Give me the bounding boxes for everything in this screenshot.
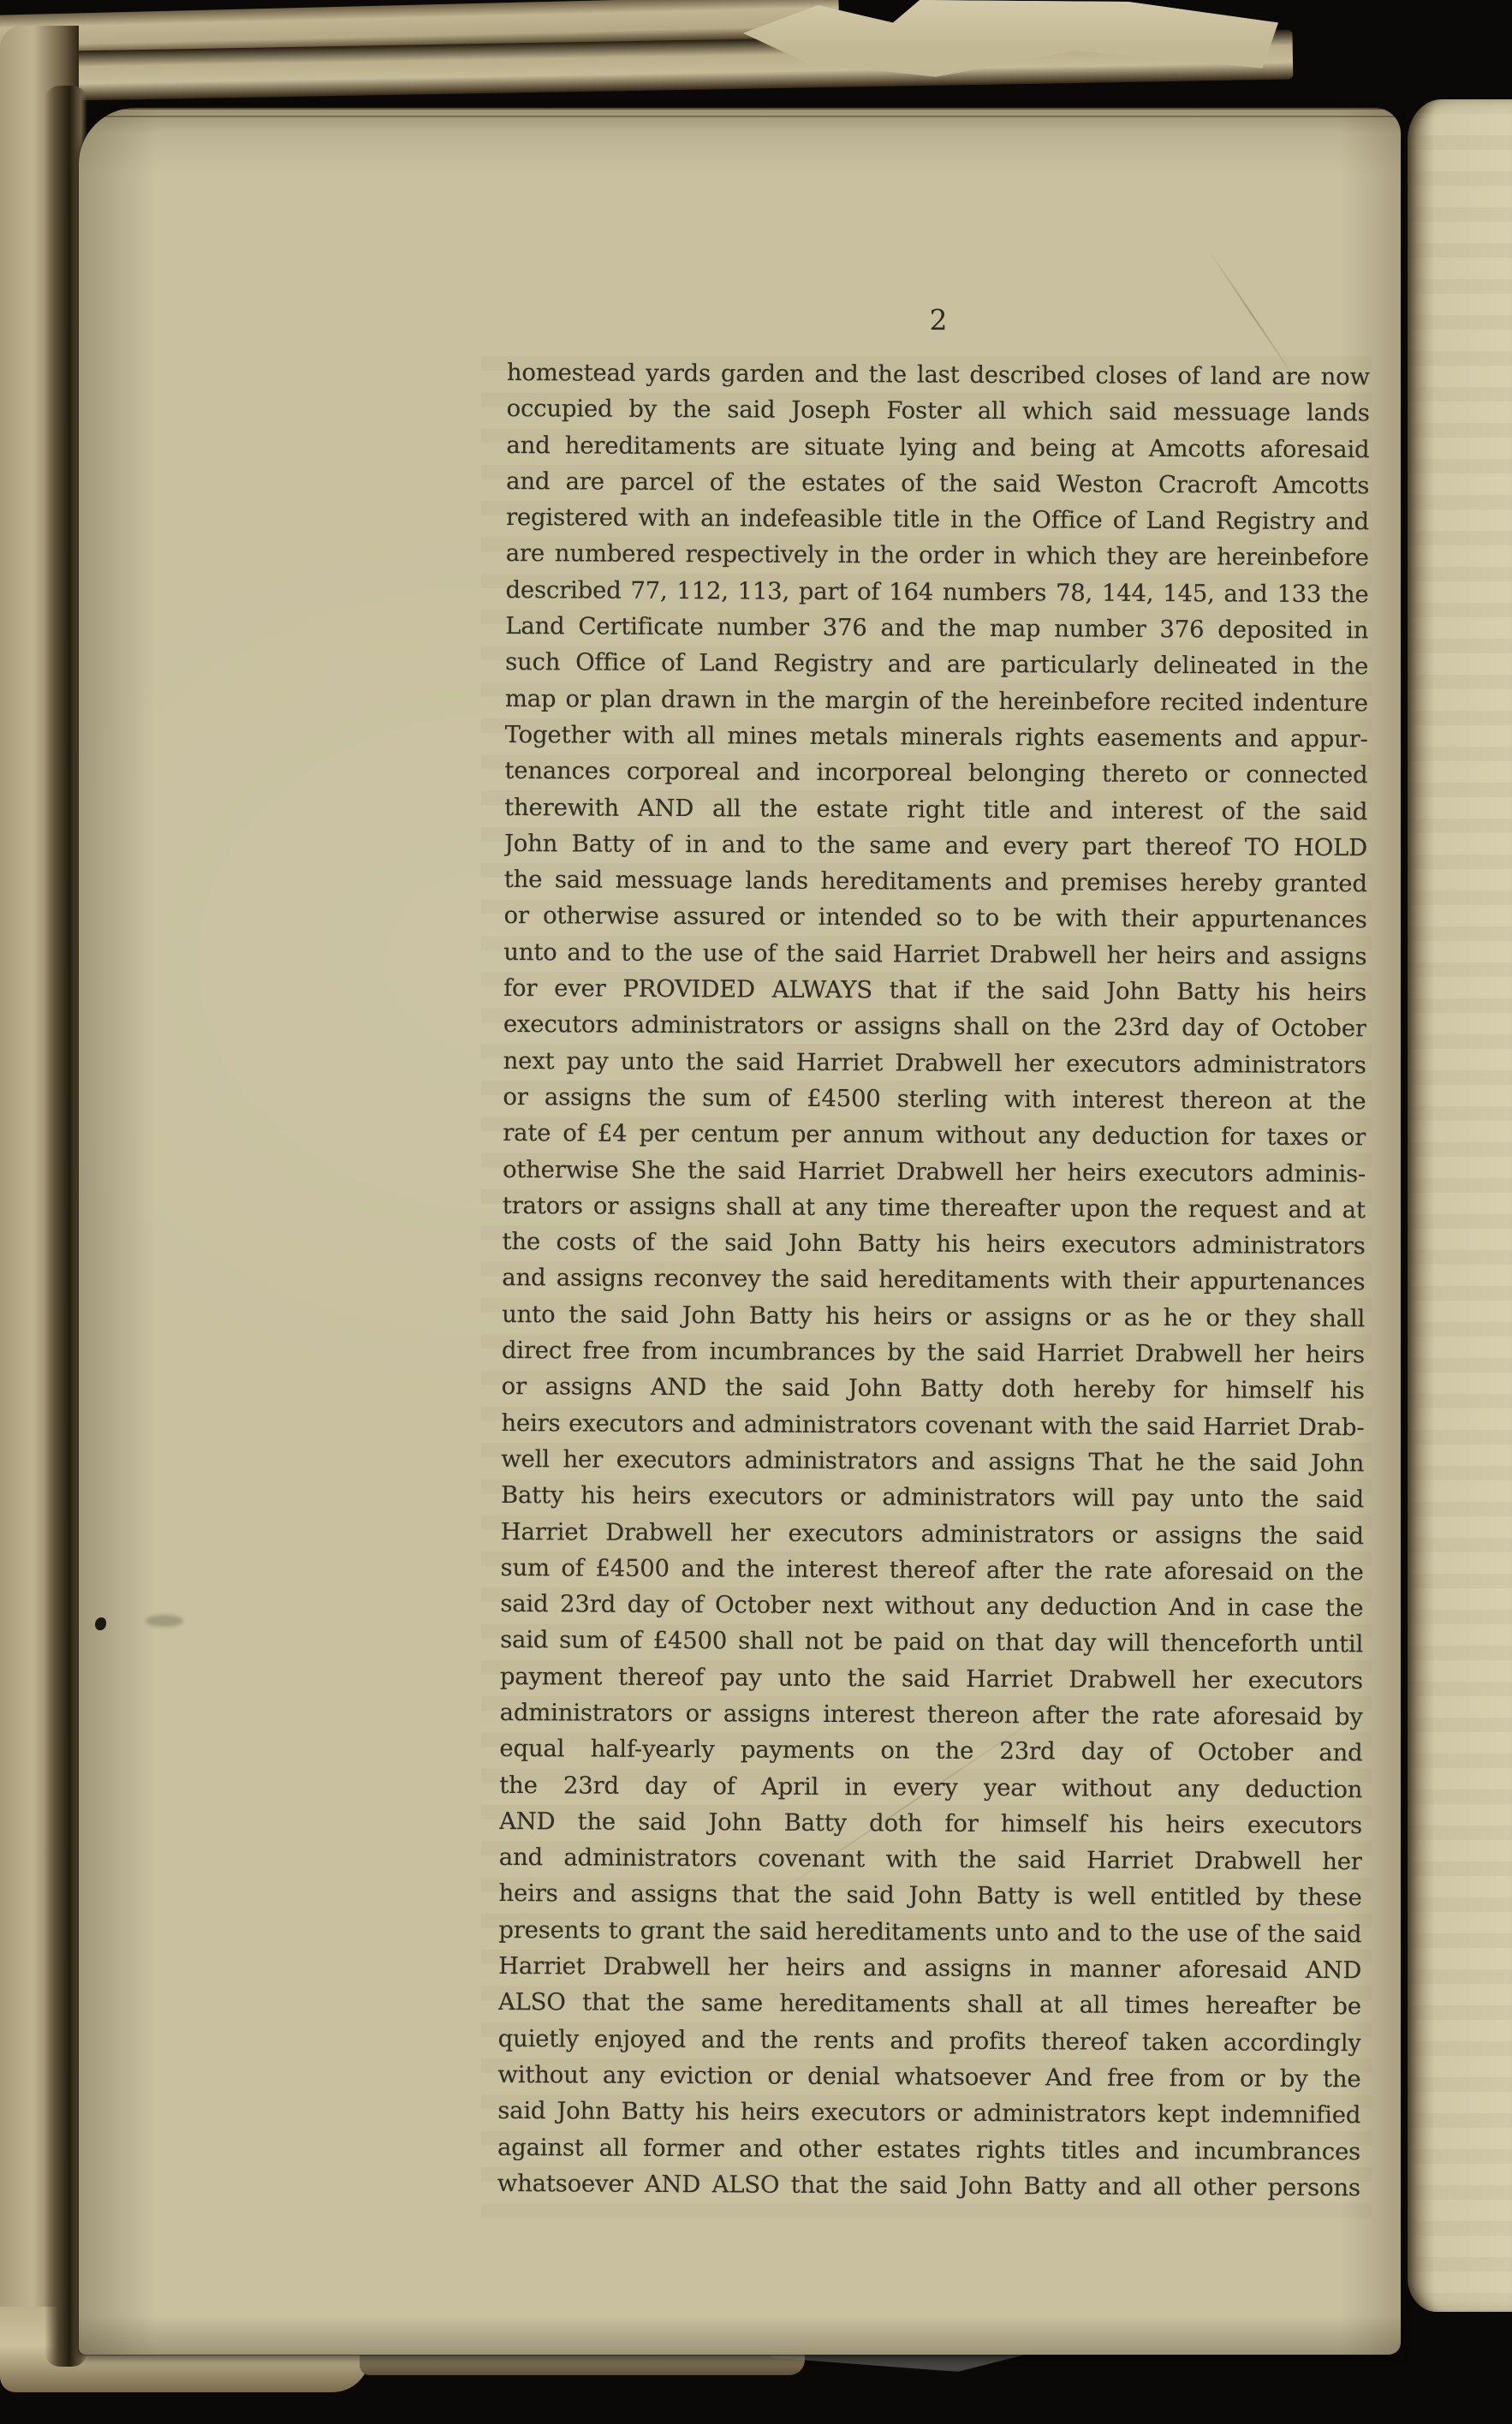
text-line: well her executors administrators and as… xyxy=(501,1441,1364,1482)
text-line: or assigns AND the said John Batty doth … xyxy=(502,1368,1365,1409)
text-line: executors administrators or assigns shal… xyxy=(503,1006,1366,1047)
text-line: Batty his heirs executors or administrat… xyxy=(501,1477,1364,1518)
text-line: the costs of the said John Batty his hei… xyxy=(502,1224,1365,1265)
text-line: ALSO that the same hereditaments shall a… xyxy=(498,1984,1361,2025)
text-line: heirs and assigns that the said John Bat… xyxy=(498,1875,1361,1916)
text-line: map or plan drawn in the margin of the h… xyxy=(505,681,1368,722)
text-line: direct free from incumbrances by the sai… xyxy=(502,1332,1365,1373)
text-line: or otherwise assured or intended so to b… xyxy=(503,897,1366,938)
text-line: presents to grant the said hereditaments… xyxy=(498,1912,1361,1953)
document-page: 2 homestead yards garden and the last de… xyxy=(79,108,1401,2355)
text-line: Land Certificate number 376 and the map … xyxy=(505,608,1368,649)
text-line: occupied by the said Joseph Foster all w… xyxy=(507,390,1370,432)
ink-blot xyxy=(95,1617,106,1630)
text-line: against all former and other estates rig… xyxy=(497,2129,1360,2171)
text-line: and administrators covenant with the sai… xyxy=(499,1839,1362,1880)
text-line: administrators or assigns interest there… xyxy=(500,1694,1363,1736)
page-text: homestead yards garden and the last desc… xyxy=(497,354,1370,2206)
text-line: AND the said John Batty doth for himself… xyxy=(499,1803,1362,1844)
text-line: rate of £4 per centum per annum without … xyxy=(503,1115,1366,1156)
text-line: tenances corporeal and incorporeal belon… xyxy=(504,753,1367,794)
text-line: therewith AND all the estate right title… xyxy=(504,789,1367,831)
text-line: and are parcel of the estates of the sai… xyxy=(506,463,1369,504)
text-line: for ever PROVIDED ALWAYS that if the sai… xyxy=(503,970,1366,1011)
page-number: 2 xyxy=(507,301,1370,338)
text-line: or assigns the sum of £4500 sterling wit… xyxy=(503,1079,1366,1120)
text-line: such Office of Land Registry and are par… xyxy=(505,644,1368,685)
text-line: trators or assigns shall at any time the… xyxy=(503,1188,1366,1229)
text-line: sum of £4500 and the interest thereof af… xyxy=(500,1550,1363,1591)
text-line: said 23rd day of October next without an… xyxy=(500,1586,1363,1627)
text-line: quietly enjoyed and the rents and profit… xyxy=(498,2021,1361,2062)
text-line: without any eviction or denial whatsoeve… xyxy=(497,2057,1360,2098)
ink-smudge xyxy=(146,1615,183,1627)
text-line: payment thereof pay unto the said Harrie… xyxy=(500,1659,1363,1700)
text-line: whatsoever AND ALSO that the said John B… xyxy=(497,2165,1360,2207)
text-line: heirs executors and administrators coven… xyxy=(501,1405,1364,1446)
text-line: said sum of £4500 shall not be paid on t… xyxy=(500,1622,1363,1663)
text-line: are numbered respectively in the order i… xyxy=(506,535,1369,576)
text-line: next pay unto the said Harriet Drabwell … xyxy=(503,1043,1366,1084)
text-line: and assigns reconvey the said hereditame… xyxy=(502,1260,1365,1301)
text-line: said John Batty his heirs executors or a… xyxy=(497,2093,1360,2134)
scanned-book-photo: 2 homestead yards garden and the last de… xyxy=(0,0,1512,2424)
fore-edge-right-pages xyxy=(1408,99,1512,2312)
text-line: registered with an indefeasible title in… xyxy=(506,499,1369,540)
text-line: homestead yards garden and the last desc… xyxy=(507,354,1370,396)
text-line: John Batty of in and to the same and eve… xyxy=(504,825,1367,867)
text-line: equal half-yearly payments on the 23rd d… xyxy=(499,1730,1362,1772)
text-line: unto the said John Batty his heirs or as… xyxy=(502,1296,1365,1337)
text-line: described 77, 112, 113, part of 164 numb… xyxy=(505,572,1368,613)
text-line: the said messuage lands hereditaments an… xyxy=(504,861,1367,902)
text-line: unto and to the use of the said Harriet … xyxy=(503,934,1366,975)
text-line: the 23rd day of April in every year with… xyxy=(499,1767,1362,1808)
text-line: and hereditaments are situate lying and … xyxy=(506,427,1369,468)
text-line: Harriet Drabwell her heirs and assigns i… xyxy=(498,1948,1361,1989)
text-line: otherwise She the said Harriet Drabwell … xyxy=(503,1152,1366,1193)
text-line: Harriet Drabwell her executors administr… xyxy=(501,1513,1364,1554)
text-line: Together with all mines metals minerals … xyxy=(505,717,1368,758)
